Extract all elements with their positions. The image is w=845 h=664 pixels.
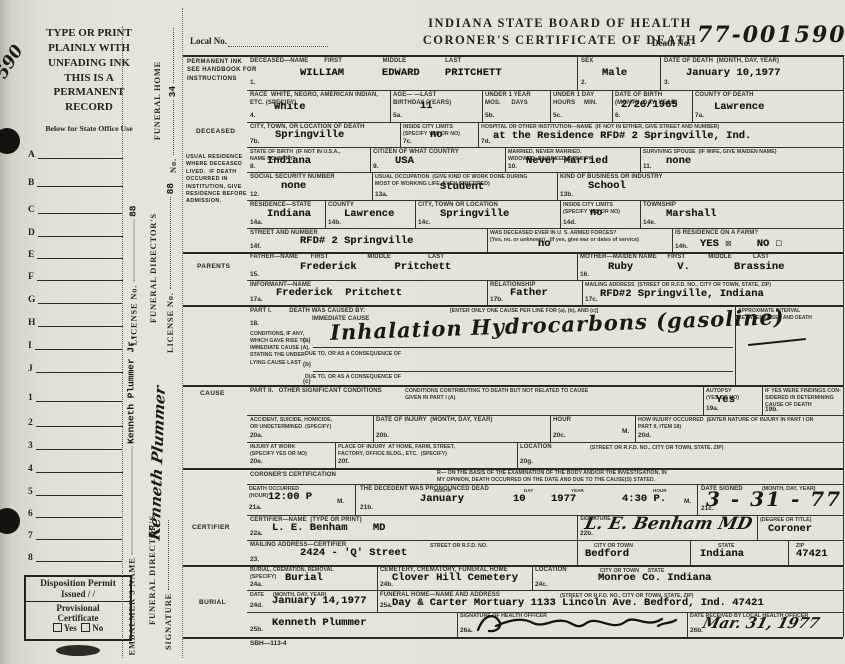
- signature-label: SIGNATURE: [163, 593, 173, 650]
- state-office-line: A: [28, 150, 123, 160]
- date-of-death-value: January 10,1977: [686, 68, 781, 80]
- field-label: HOUR: [553, 417, 571, 425]
- section-label-certifier: CERTIFIER: [192, 523, 230, 532]
- fd-signature-text: Kenneth Plummer: [146, 384, 169, 541]
- field-label: CITIZEN OF WHAT COUNTRY: [373, 149, 459, 157]
- line-rule: [38, 302, 123, 304]
- dotted-leader: [169, 197, 171, 289]
- field-number: 13b.: [560, 191, 573, 198]
- part1-label: PART I. DEATH WAS CAUSED BY:: [250, 308, 365, 316]
- relationship-value: Father: [510, 288, 548, 300]
- field-number: 3.: [664, 79, 669, 86]
- field-label: RACE WHITE, NEGRO, AMERICAN INDIAN, ETC.…: [250, 92, 378, 108]
- grid-line: [355, 484, 356, 515]
- field-number: 21a.: [249, 504, 262, 511]
- state-office-line: 6: [28, 509, 123, 519]
- coroners-certification-label: CORONER'S CERTIFICATION: [250, 472, 336, 480]
- state-office-line: 1: [28, 393, 123, 403]
- cemetery-value: Clover Hill Cemetery: [392, 573, 518, 585]
- field-number: 24d.: [250, 602, 263, 609]
- grid-line: [247, 228, 843, 229]
- date-of-birth-value: 2/26/1965: [621, 100, 678, 112]
- line-rule: [36, 538, 123, 540]
- state-office-line: C: [28, 205, 123, 215]
- grid-line: [697, 484, 698, 515]
- funeral-home-no-value: 34: [167, 86, 178, 97]
- line-rule: [37, 185, 123, 187]
- field-number: 2.: [581, 79, 586, 86]
- state-office-line: I: [28, 341, 123, 351]
- field-number: 1.: [250, 79, 255, 86]
- grid-line: [457, 612, 458, 637]
- field-label: ACCIDENT, SUICIDE, HOMICIDE, OR UNDETERM…: [250, 417, 332, 431]
- line-letter: 7: [28, 531, 33, 541]
- certifier-address-value: 2424 - 'Q' Street: [300, 548, 407, 560]
- line-rule: [36, 400, 123, 402]
- grid-line: [757, 515, 758, 540]
- field-label: UNDER 1 YEAR MOS. DAYS: [485, 92, 531, 108]
- grid-line: [482, 90, 483, 122]
- certification-statement: R— ON THE BASIS OF THE EXAMINATION OF TH…: [437, 470, 667, 484]
- pronounced-year-value: 1977: [551, 494, 576, 506]
- state-office-line: 2: [28, 418, 123, 428]
- industry-value: School: [588, 181, 626, 193]
- grid-line: [370, 147, 371, 172]
- grid-line: [582, 280, 583, 305]
- usual-residence-note: USUAL RESIDENCE WHERE DECEASED LIVED. IF…: [186, 154, 247, 206]
- line-letter: F: [28, 272, 34, 282]
- field-label: COUNTY OF DEATH: [695, 92, 754, 100]
- funeral-home-label: FUNERAL HOME: [152, 61, 162, 140]
- grid-line: [505, 147, 506, 172]
- residence-state-value: Indiana: [267, 209, 311, 221]
- grid-line: [372, 172, 373, 200]
- dotted-leader: [132, 220, 134, 282]
- line-letter: I: [28, 341, 32, 351]
- grid-line: [640, 147, 641, 172]
- form-number: SBH—113-4: [250, 640, 287, 647]
- line-rule: [37, 279, 123, 281]
- funeral-directors-license-label2-rotated: LICENSE No.88: [164, 183, 176, 353]
- grid-line: [550, 415, 551, 442]
- city-of-death-value: Springville: [275, 130, 344, 142]
- field-number: 11.: [643, 163, 652, 170]
- field-number: 18.: [250, 320, 259, 327]
- line-letter: 4: [28, 464, 33, 474]
- grid-line: [672, 228, 673, 252]
- line-letter: E: [28, 250, 34, 260]
- line-rule: [38, 212, 123, 214]
- dotted-leader: [172, 28, 174, 83]
- state-office-note: Below for State Office Use: [24, 124, 154, 133]
- due-to-label: DUE TO, OR AS A CONSEQUENCE OF: [305, 351, 401, 358]
- grid-line: [247, 280, 843, 281]
- license-no-rotated: LICENSE No.88: [127, 206, 140, 346]
- grid-line: [660, 55, 661, 90]
- funeral-directors-label: FUNERAL DIRECTOR'S: [148, 213, 158, 323]
- dotted-leader: [167, 520, 169, 590]
- field-number: 25b.: [250, 626, 263, 633]
- grid-line: [550, 90, 551, 122]
- grid-line: [577, 55, 578, 90]
- field-number: 6.: [615, 112, 620, 119]
- field-number: 20g.: [520, 458, 533, 465]
- grid-line: [377, 565, 378, 590]
- margin-divider-dotted: [122, 26, 123, 658]
- date-received-value: Mar. 31, 1977: [701, 614, 822, 632]
- health-officer-signature: [472, 610, 682, 636]
- disposition-permit-stamp: Disposition Permit Issued / / Provisiona…: [24, 575, 132, 641]
- funeral-director-name-value: Kenneth Plummer: [272, 618, 367, 630]
- line-letter: 8: [28, 553, 33, 563]
- state-office-line: 4: [28, 464, 123, 474]
- permanent-ink-note: PERMANENT INK SEE HANDBOOK FOR INSTRUCTI…: [187, 58, 257, 83]
- meridiem-label: M.: [622, 428, 629, 435]
- field-number: 19b.: [765, 406, 778, 413]
- field-number: 19a.: [706, 405, 719, 412]
- embalmers-name-label: EMBALMER'S NAME: [126, 557, 136, 655]
- meridiem-label: M.: [684, 498, 691, 505]
- field-number: 20e.: [250, 458, 263, 465]
- local-no-line: [228, 46, 328, 47]
- grid-line: [487, 228, 488, 252]
- funeral-directors-license-label1-rotated: FUNERAL DIRECTOR'S: [147, 183, 159, 353]
- ssn-value: none: [281, 181, 306, 193]
- line-letter: 3: [28, 441, 33, 451]
- field-number: 24c.: [535, 581, 548, 588]
- residence-county-value: Lawrence: [344, 209, 394, 221]
- grid-line: [577, 515, 578, 540]
- father-name-value: Frederick Pritchett: [300, 262, 451, 274]
- state-office-line: G: [28, 295, 123, 305]
- line-rule: [36, 371, 123, 373]
- state-office-line: 7: [28, 531, 123, 541]
- burial-location-value: Monroe Co. Indiana: [598, 573, 711, 585]
- field-number: 7c.: [403, 138, 412, 145]
- section-label-parents: PARENTS: [197, 262, 230, 271]
- field-number: 5a.: [393, 112, 402, 119]
- informant-name-value: Frederick Pritchett: [276, 288, 402, 300]
- grid-line: [400, 122, 401, 147]
- stamp-line: Provisional: [26, 603, 130, 613]
- field-number: 12.: [250, 191, 259, 198]
- line-letter: B: [28, 178, 34, 188]
- field-label: DECEASED—NAME FIRST MIDDLE LAST: [250, 58, 461, 66]
- section-label-cause: CAUSE: [200, 389, 225, 398]
- field-number: 20a.: [250, 432, 263, 439]
- grid-line: [788, 540, 789, 565]
- field-number: 4.: [250, 112, 255, 119]
- field-number: 8.: [250, 163, 255, 170]
- grid-line: [247, 442, 843, 443]
- state-office-line: 3: [28, 441, 123, 451]
- grid-line: [577, 252, 578, 280]
- date-signed-value: 3 - 31 - 77: [706, 487, 842, 511]
- line-rule: [37, 257, 123, 259]
- state-office-line: 5: [28, 487, 123, 497]
- certifier-zip-value: 47421: [796, 549, 828, 561]
- mother-name-value: Ruby V. Brassine: [608, 262, 784, 274]
- race-value: White: [274, 102, 306, 114]
- field-label: SEX: [581, 58, 593, 66]
- grid-line: [692, 90, 693, 122]
- union-stamp: [56, 645, 100, 656]
- field-label: PLACE OF INJURY AT HOME, FARM, STREET, F…: [338, 444, 455, 458]
- farm-value: YES ☒ NO ☐: [700, 239, 782, 251]
- armed-forces-value: no: [538, 239, 551, 251]
- field-number: 7d.: [481, 138, 490, 145]
- field-number: 17a.: [250, 296, 263, 303]
- sex-value: Male: [602, 68, 627, 80]
- certifier-signature: L. E. Benham MD: [583, 514, 754, 534]
- field-number: 14f.: [250, 243, 261, 250]
- line-rule: [38, 157, 123, 159]
- line-letter: A: [28, 150, 35, 160]
- hole-punch-top: [0, 128, 20, 154]
- grid-line: [390, 90, 391, 122]
- stamp-line: Certificate: [26, 613, 130, 623]
- corner-handwritten-note: 590: [0, 42, 28, 83]
- field-label: DATE OF INJURY (MONTH, DAY, YEAR): [376, 417, 493, 425]
- no-checkbox: [81, 623, 90, 632]
- line-rule: [36, 471, 123, 473]
- type-or-print-notice: TYPE OR PRINT PLAINLY WITH UNFADING INK …: [26, 26, 152, 115]
- grid-line: [478, 122, 479, 147]
- field-number: 10.: [508, 163, 517, 170]
- line-letter: H: [28, 318, 35, 328]
- pronounced-hour-value: 4:30 P.: [622, 494, 666, 506]
- field-number: 23.: [250, 556, 259, 563]
- embalmers-name-value: Kenneth Plummer Jr.: [126, 336, 137, 444]
- funeral-home-no-rotated: No.34: [166, 28, 179, 173]
- field-number: 14a.: [250, 219, 263, 226]
- field-number: 7b.: [250, 138, 259, 145]
- field-number: 16.: [580, 271, 589, 278]
- line-letter: C: [28, 205, 35, 215]
- grid-line: [183, 637, 843, 639]
- field-number: 5c.: [553, 112, 562, 119]
- meridiem-label: M.: [337, 498, 344, 505]
- signature-stroke: [478, 616, 676, 631]
- field-label: IS RESIDENCE ON A FARM?: [675, 230, 758, 238]
- grid-line: [612, 90, 613, 122]
- place-of-death-value: at the Residence RFD# 2 Springville, Ind…: [493, 131, 751, 143]
- field-number: 20c.: [553, 432, 566, 439]
- grid-line: [335, 442, 336, 468]
- death-no-value: 77-001590: [697, 22, 845, 48]
- field-number: 22a.: [250, 530, 263, 537]
- yes-label: Yes: [64, 623, 77, 633]
- field-number: 14c.: [418, 219, 431, 226]
- county-of-death-value: Lawrence: [714, 102, 764, 114]
- field-sublabel: STREET OR R.F.D. NO.: [430, 543, 487, 550]
- street-value: RFD# 2 Springville: [300, 236, 413, 248]
- field-number: 9.: [373, 163, 378, 170]
- death-occurred-hour-value: 12:00 P: [268, 492, 312, 504]
- no-label: No: [92, 623, 103, 633]
- due-to-label: DUE TO, OR AS A CONSEQUENCE OF: [305, 374, 401, 381]
- burial-date-value: January 14,1977: [272, 596, 367, 608]
- location-label: LOCATION: [535, 567, 567, 575]
- line-rule: [36, 425, 123, 427]
- grid-line: [247, 415, 843, 416]
- grid-line: [373, 415, 374, 442]
- field-number: 26a.: [460, 627, 473, 634]
- stamp-line: Issued / /: [26, 589, 130, 602]
- dotted-leader: [130, 447, 132, 554]
- grid-line: [247, 172, 843, 173]
- line-b-label: (b): [303, 362, 311, 370]
- state-office-line: B: [28, 178, 123, 188]
- certifier-city-value: Bedford: [585, 549, 629, 561]
- grid-line: [325, 200, 326, 228]
- line-letter: J: [28, 364, 33, 374]
- fd-license-no-value: 88: [165, 183, 176, 194]
- grid-line: [687, 612, 688, 637]
- field-number: 24a.: [250, 581, 263, 588]
- death-certificate-scan: { "header": { "local_no_label": "Local N…: [0, 0, 845, 664]
- line-letter: G: [28, 295, 35, 305]
- cause-b-line: [313, 371, 733, 372]
- field-label: WAS DECEASED EVER IN U. S. ARMED FORCES?…: [490, 230, 639, 244]
- grid-line: [703, 385, 704, 415]
- section-label-deceased: DECEASED: [196, 127, 235, 136]
- grid-line: [762, 385, 763, 415]
- grid-line: [690, 540, 691, 565]
- field-label: INJURY AT WORK (SPECIFY YES OR NO): [250, 444, 307, 458]
- grid-line: [635, 415, 636, 442]
- field-number: 17c.: [585, 296, 598, 303]
- line-letter: 2: [28, 418, 33, 428]
- state-office-line: H: [28, 318, 123, 328]
- embalmers-name-rotated: EMBALMER'S NAMEKenneth Plummer Jr.: [125, 336, 138, 656]
- line-rule: [36, 560, 123, 562]
- state-office-line: E: [28, 250, 123, 260]
- field-number: 14b.: [328, 219, 341, 226]
- conditions-note: CONDITIONS, IF ANY, WHICH GAVE RISE TO I…: [250, 331, 310, 367]
- section-label-burial: BURIAL: [199, 598, 226, 607]
- grid-line: [183, 385, 843, 387]
- field-number: 20d.: [638, 432, 651, 439]
- field-number: 17b.: [490, 296, 503, 303]
- grid-line: [577, 540, 578, 565]
- license-no-value: 88: [128, 206, 139, 217]
- field-label: SURVIVING SPOUSE (IF WIFE, GIVE MAIDEN N…: [643, 149, 777, 156]
- grid-line: [640, 200, 641, 228]
- township-value: Marshall: [666, 209, 716, 221]
- form-title-line1: INDIANA STATE BOARD OF HEALTH: [370, 16, 750, 31]
- funeral-home-value: Day & Carter Mortuary 1133 Lincoln Ave. …: [392, 598, 764, 610]
- grid-line: [560, 200, 561, 228]
- field-number: 5b.: [485, 112, 494, 119]
- field-label: LOCATION: [520, 444, 552, 452]
- grid-line: [247, 540, 843, 541]
- occupation-value: Student: [440, 182, 484, 194]
- field-number: 14e.: [643, 219, 656, 226]
- local-no-label: Local No.: [190, 36, 227, 46]
- grid-line: [247, 147, 843, 148]
- deceased-name-value: WILLIAM EDWARD PRITCHETT: [300, 68, 502, 80]
- field-number: 14d.: [563, 219, 576, 226]
- grid-line: [415, 200, 416, 228]
- field-label: UNDER 1 DAY HOURS MIN.: [553, 92, 597, 108]
- grid-line: [247, 90, 843, 91]
- grid-line: [843, 55, 844, 637]
- part2-note: CONDITIONS CONTRIBUTING TO DEATH BUT NOT…: [405, 388, 588, 402]
- inside-city-limits-value: no: [430, 130, 443, 142]
- certifier-state-value: Indiana: [700, 549, 744, 561]
- line-rule: [36, 494, 123, 496]
- state-office-line: 8: [28, 553, 123, 563]
- line-letter: D: [28, 228, 35, 238]
- yes-checkbox: [53, 623, 62, 632]
- residence-city-value: Springville: [440, 209, 509, 221]
- death-no-label: Death No.: [652, 38, 691, 48]
- line-rule: [35, 348, 123, 350]
- funeral-home-label-rotated: FUNERAL HOME: [150, 28, 163, 173]
- line-rule: [36, 516, 123, 518]
- grid-line: [247, 122, 843, 123]
- cause-a-line: [313, 347, 733, 348]
- state-office-line: D: [28, 228, 123, 238]
- field-number: 21c.: [701, 505, 714, 512]
- age-value: 11: [420, 101, 433, 113]
- state-office-line: J: [28, 364, 123, 374]
- line-letter: 5: [28, 487, 33, 497]
- residence-icl-value: no: [590, 208, 603, 220]
- line-rule: [36, 448, 123, 450]
- grid-line: [183, 55, 843, 57]
- field-sublabel: (STREET OR R.F.D. NO., CITY OR TOWN, STA…: [590, 445, 724, 452]
- form-left-divider-dotted: [182, 8, 183, 658]
- line-rule: [38, 325, 123, 327]
- grid-line: [532, 565, 533, 590]
- hole-punch-bottom: [0, 508, 20, 534]
- citizen-value: USA: [395, 156, 414, 168]
- pronounced-day-value: 10: [513, 494, 526, 506]
- field-number: 7a.: [695, 112, 704, 119]
- field-number: 15.: [250, 271, 259, 278]
- degree-title-value: Coroner: [768, 524, 812, 536]
- fd-signature-handwritten-rotated: Kenneth Plummer: [145, 340, 172, 541]
- line-c-label: (c): [303, 379, 311, 387]
- funeral-home-no-label: No.: [168, 158, 178, 173]
- marital-status-value: Never Married: [526, 156, 608, 168]
- grid-line: [487, 280, 488, 305]
- field-number: 20b.: [376, 432, 389, 439]
- field-label: DATE OF DEATH (MONTH, DAY, YEAR): [664, 58, 779, 66]
- interval-handwritten-dash: [748, 338, 806, 346]
- grid-line: [247, 200, 843, 201]
- grid-line: [247, 590, 843, 591]
- informant-address-value: RFD#2 Springville, Indiana: [600, 289, 764, 301]
- line-rule: [38, 235, 123, 237]
- field-number: 14h.: [675, 243, 688, 250]
- grid-line: [377, 590, 378, 612]
- certifier-name-value: L. E. Benham MD: [272, 523, 385, 535]
- line-letter: 6: [28, 509, 33, 519]
- state-of-birth-value: Indiana: [267, 156, 311, 168]
- stamp-line: Disposition Permit: [26, 579, 130, 589]
- pronounced-month-value: January: [420, 494, 464, 506]
- field-number: 20f.: [338, 458, 349, 465]
- surviving-spouse-value: none: [666, 156, 691, 168]
- field-number: 21b.: [360, 504, 373, 511]
- state-office-line: F: [28, 272, 123, 282]
- part2-label: PART II. OTHER SIGNIFICANT CONDITIONS: [250, 388, 382, 396]
- form-title-line2: CORONER'S CERTIFICATE OF DEATH: [370, 33, 750, 48]
- field-number: 25a.: [380, 602, 393, 609]
